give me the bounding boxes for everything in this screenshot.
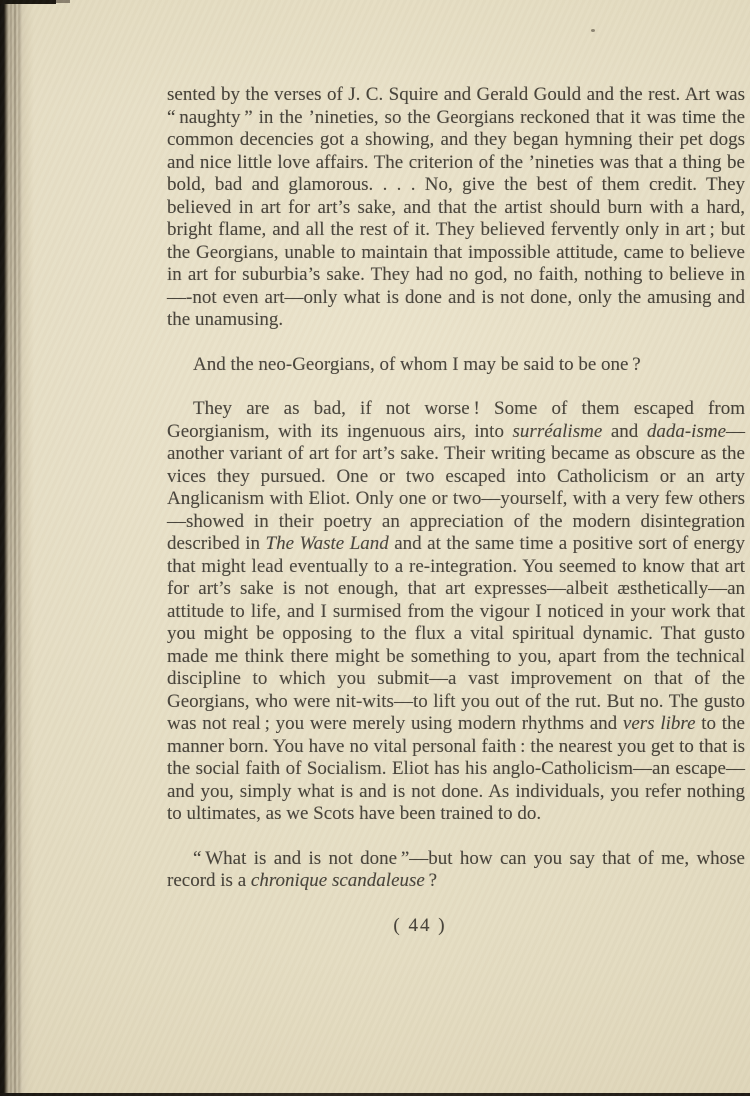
scan-artifact-top-gray <box>56 0 70 3</box>
paragraph: “ What is and is not done ”—but how can … <box>167 848 745 893</box>
paragraph: sented by the verses of J. C. Squire and… <box>167 84 745 332</box>
paragraphs: sented by the verses of J. C. Squire and… <box>167 84 745 893</box>
page-text: sented by the verses of J. C. Squire and… <box>167 84 745 937</box>
book-page: sented by the verses of J. C. Squire and… <box>0 0 750 1096</box>
binding-edge <box>0 0 34 1096</box>
scan-speck <box>591 29 595 32</box>
scan-artifact-top <box>0 0 56 4</box>
paragraph: And the neo-Georgians, of whom I may be … <box>167 354 745 377</box>
paragraph: They are as bad, if not worse ! Some of … <box>167 398 745 826</box>
page-number: ( 44 ) <box>131 915 709 938</box>
